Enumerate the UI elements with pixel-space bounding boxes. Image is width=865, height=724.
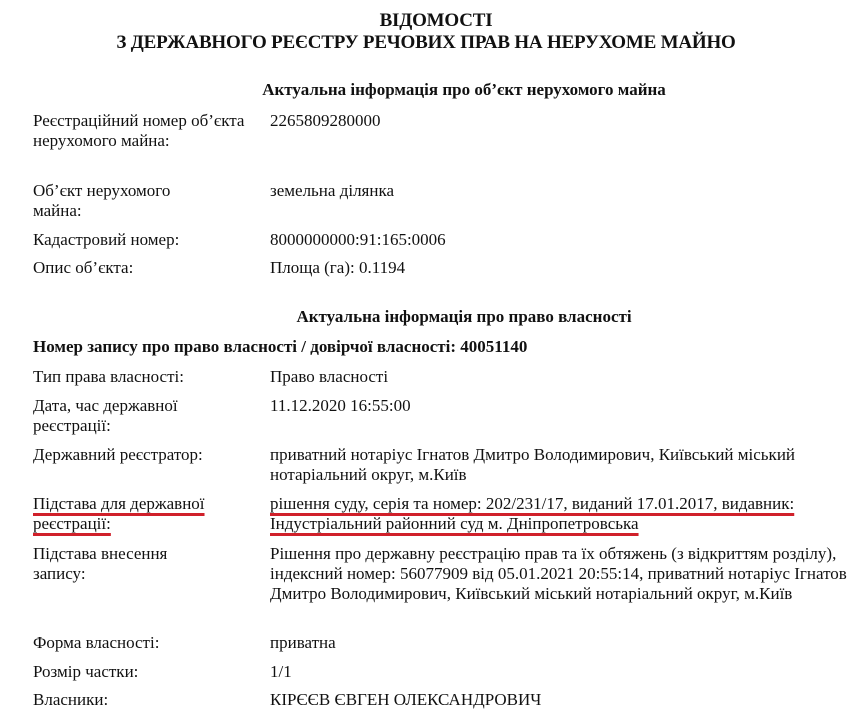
document-title-line-2: З ДЕРЖАВНОГО РЕЄСТРУ РЕЧОВИХ ПРАВ НА НЕР… <box>0 32 865 54</box>
highlighted-label-text: Підстава для державної реєстрації: <box>33 494 205 533</box>
field-label: Тип права власності: <box>33 367 248 387</box>
field-value: Право власності <box>270 367 863 387</box>
field-label: Розмір частки: <box>33 662 248 682</box>
field-value: земельна ділянка <box>270 181 863 201</box>
field-label: Об’єкт нерухомого майна: <box>33 181 213 221</box>
field-value: КІРЄЄВ ЄВГЕН ОЛЕКСАНДРОВИЧ <box>270 690 863 710</box>
field-label: Державний реєстратор: <box>33 445 248 465</box>
field-value: 1/1 <box>270 662 863 682</box>
field-value: 2265809280000 <box>270 111 863 131</box>
field-label: Кадастровий номер: <box>33 230 248 250</box>
field-value: Рішення про державну реєстрацію прав та … <box>270 544 863 604</box>
field-label: Власники: <box>33 690 248 710</box>
field-label: Опис об’єкта: <box>33 258 248 278</box>
field-value: Площа (га): 0.1194 <box>270 258 863 278</box>
field-label: Підстава для державної реєстрації: <box>33 494 243 534</box>
field-label: Підстава внесення запису: <box>33 544 213 584</box>
field-value: приватний нотаріус Ігнатов Дмитро Володи… <box>270 445 863 485</box>
field-label: Дата, час державної реєстрації: <box>33 396 213 436</box>
field-label: Реєстраційний номер об’єкта нерухомого м… <box>33 111 248 151</box>
object-section-title: Актуальна інформація про об’єкт нерухомо… <box>14 80 865 100</box>
field-value: 11.12.2020 16:55:00 <box>270 396 863 416</box>
field-value: рішення суду, серія та номер: 202/231/17… <box>270 494 863 534</box>
document-title-line-1: ВІДОМОСТІ <box>0 10 865 32</box>
highlighted-value-text: рішення суду, серія та номер: 202/231/17… <box>270 494 794 533</box>
field-label: Форма власності: <box>33 633 248 653</box>
ownership-record-heading: Номер запису про право власності / довір… <box>33 337 527 357</box>
field-value: 8000000000:91:165:0006 <box>270 230 863 250</box>
ownership-section-title: Актуальна інформація про право власності <box>14 307 865 327</box>
field-value: приватна <box>270 633 863 653</box>
